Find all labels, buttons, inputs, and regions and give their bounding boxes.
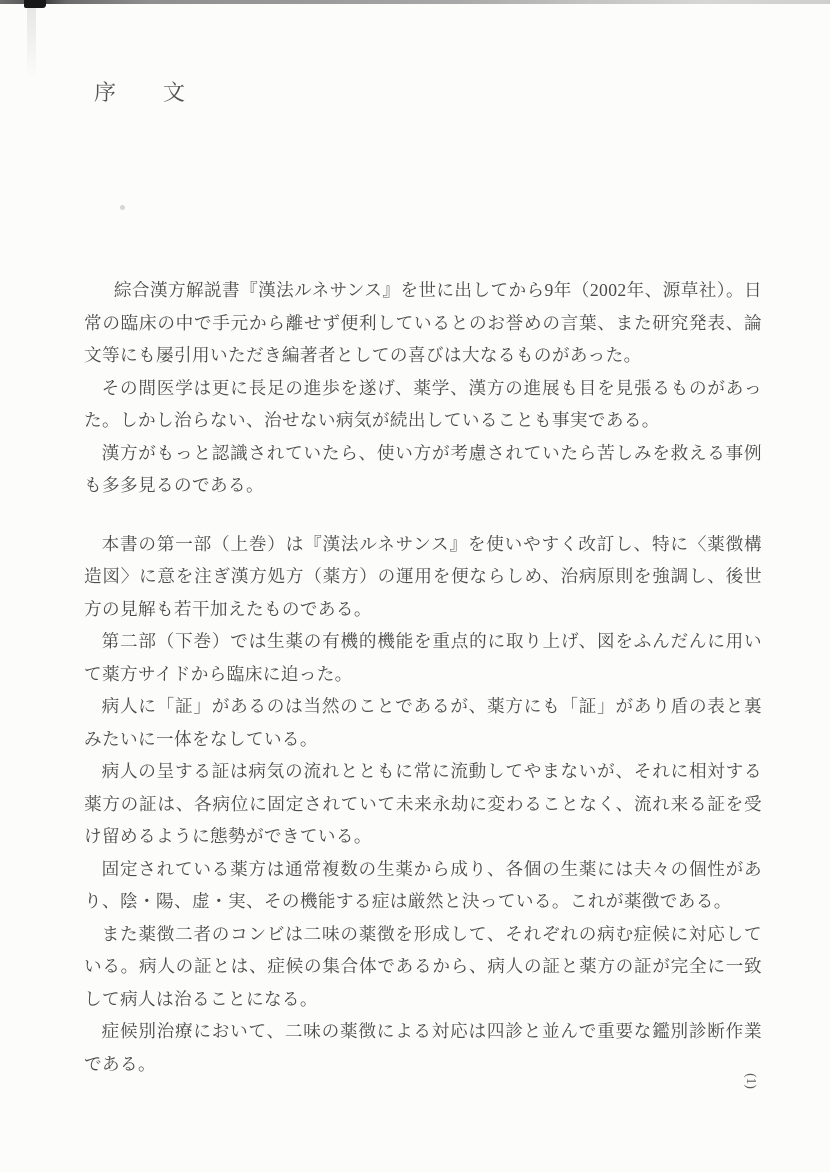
paragraph: 症候別治療において、二味の薬徴による対応は四診と並んで重要な鑑別診断作業である。 — [84, 1015, 762, 1080]
scan-edge-artifact — [0, 0, 830, 4]
scan-streak-artifact — [27, 8, 36, 78]
page-number: (1) — [738, 1064, 764, 1098]
scanned-book-page: 序 文 綜合漢方解説書『漢法ルネサンス』を世に出してから9年（2002年、源草社… — [0, 0, 830, 1172]
paragraph: 固定されている薬方は通常複数の生薬から成り、各個の生薬には夫々の個性があり、陰・… — [84, 853, 762, 918]
preface-body: 綜合漢方解説書『漢法ルネサンス』を世に出してから9年（2002年、源草社）。日常… — [84, 274, 762, 1080]
paragraph: その間医学は更に長足の進歩を遂げ、薬学、漢方の進展も目を見張るものがあった。しか… — [84, 372, 762, 437]
page-title: 序 文 — [94, 76, 186, 107]
scan-speck-artifact — [120, 205, 125, 210]
paragraph: 本書の第一部（上巻）は『漢法ルネサンス』を使いやすく改訂し、特に〈薬徴構造図〉に… — [84, 528, 762, 626]
paragraph: 病人に「証」があるのは当然のことであるが、薬方にも「証」があり盾の表と裏みたいに… — [84, 690, 762, 755]
paragraph: 漢方がもっと認識されていたら、使い方が考慮されていたら苦しみを救える事例も多多見… — [84, 437, 762, 502]
paragraph: また薬徴二者のコンビは二味の薬徴を形成して、それぞれの病む症候に対応している。病… — [84, 918, 762, 1016]
paragraph: 病人の呈する証は病気の流れとともに常に流動してやまないが、それに相対する薬方の証… — [84, 755, 762, 853]
paragraph: 第二部（下巻）では生薬の有機的機能を重点的に取り上げ、図をふんだんに用いて薬方サ… — [84, 625, 762, 690]
scan-blob-artifact — [24, 0, 46, 8]
paragraph: 綜合漢方解説書『漢法ルネサンス』を世に出してから9年（2002年、源草社）。日常… — [84, 274, 762, 372]
